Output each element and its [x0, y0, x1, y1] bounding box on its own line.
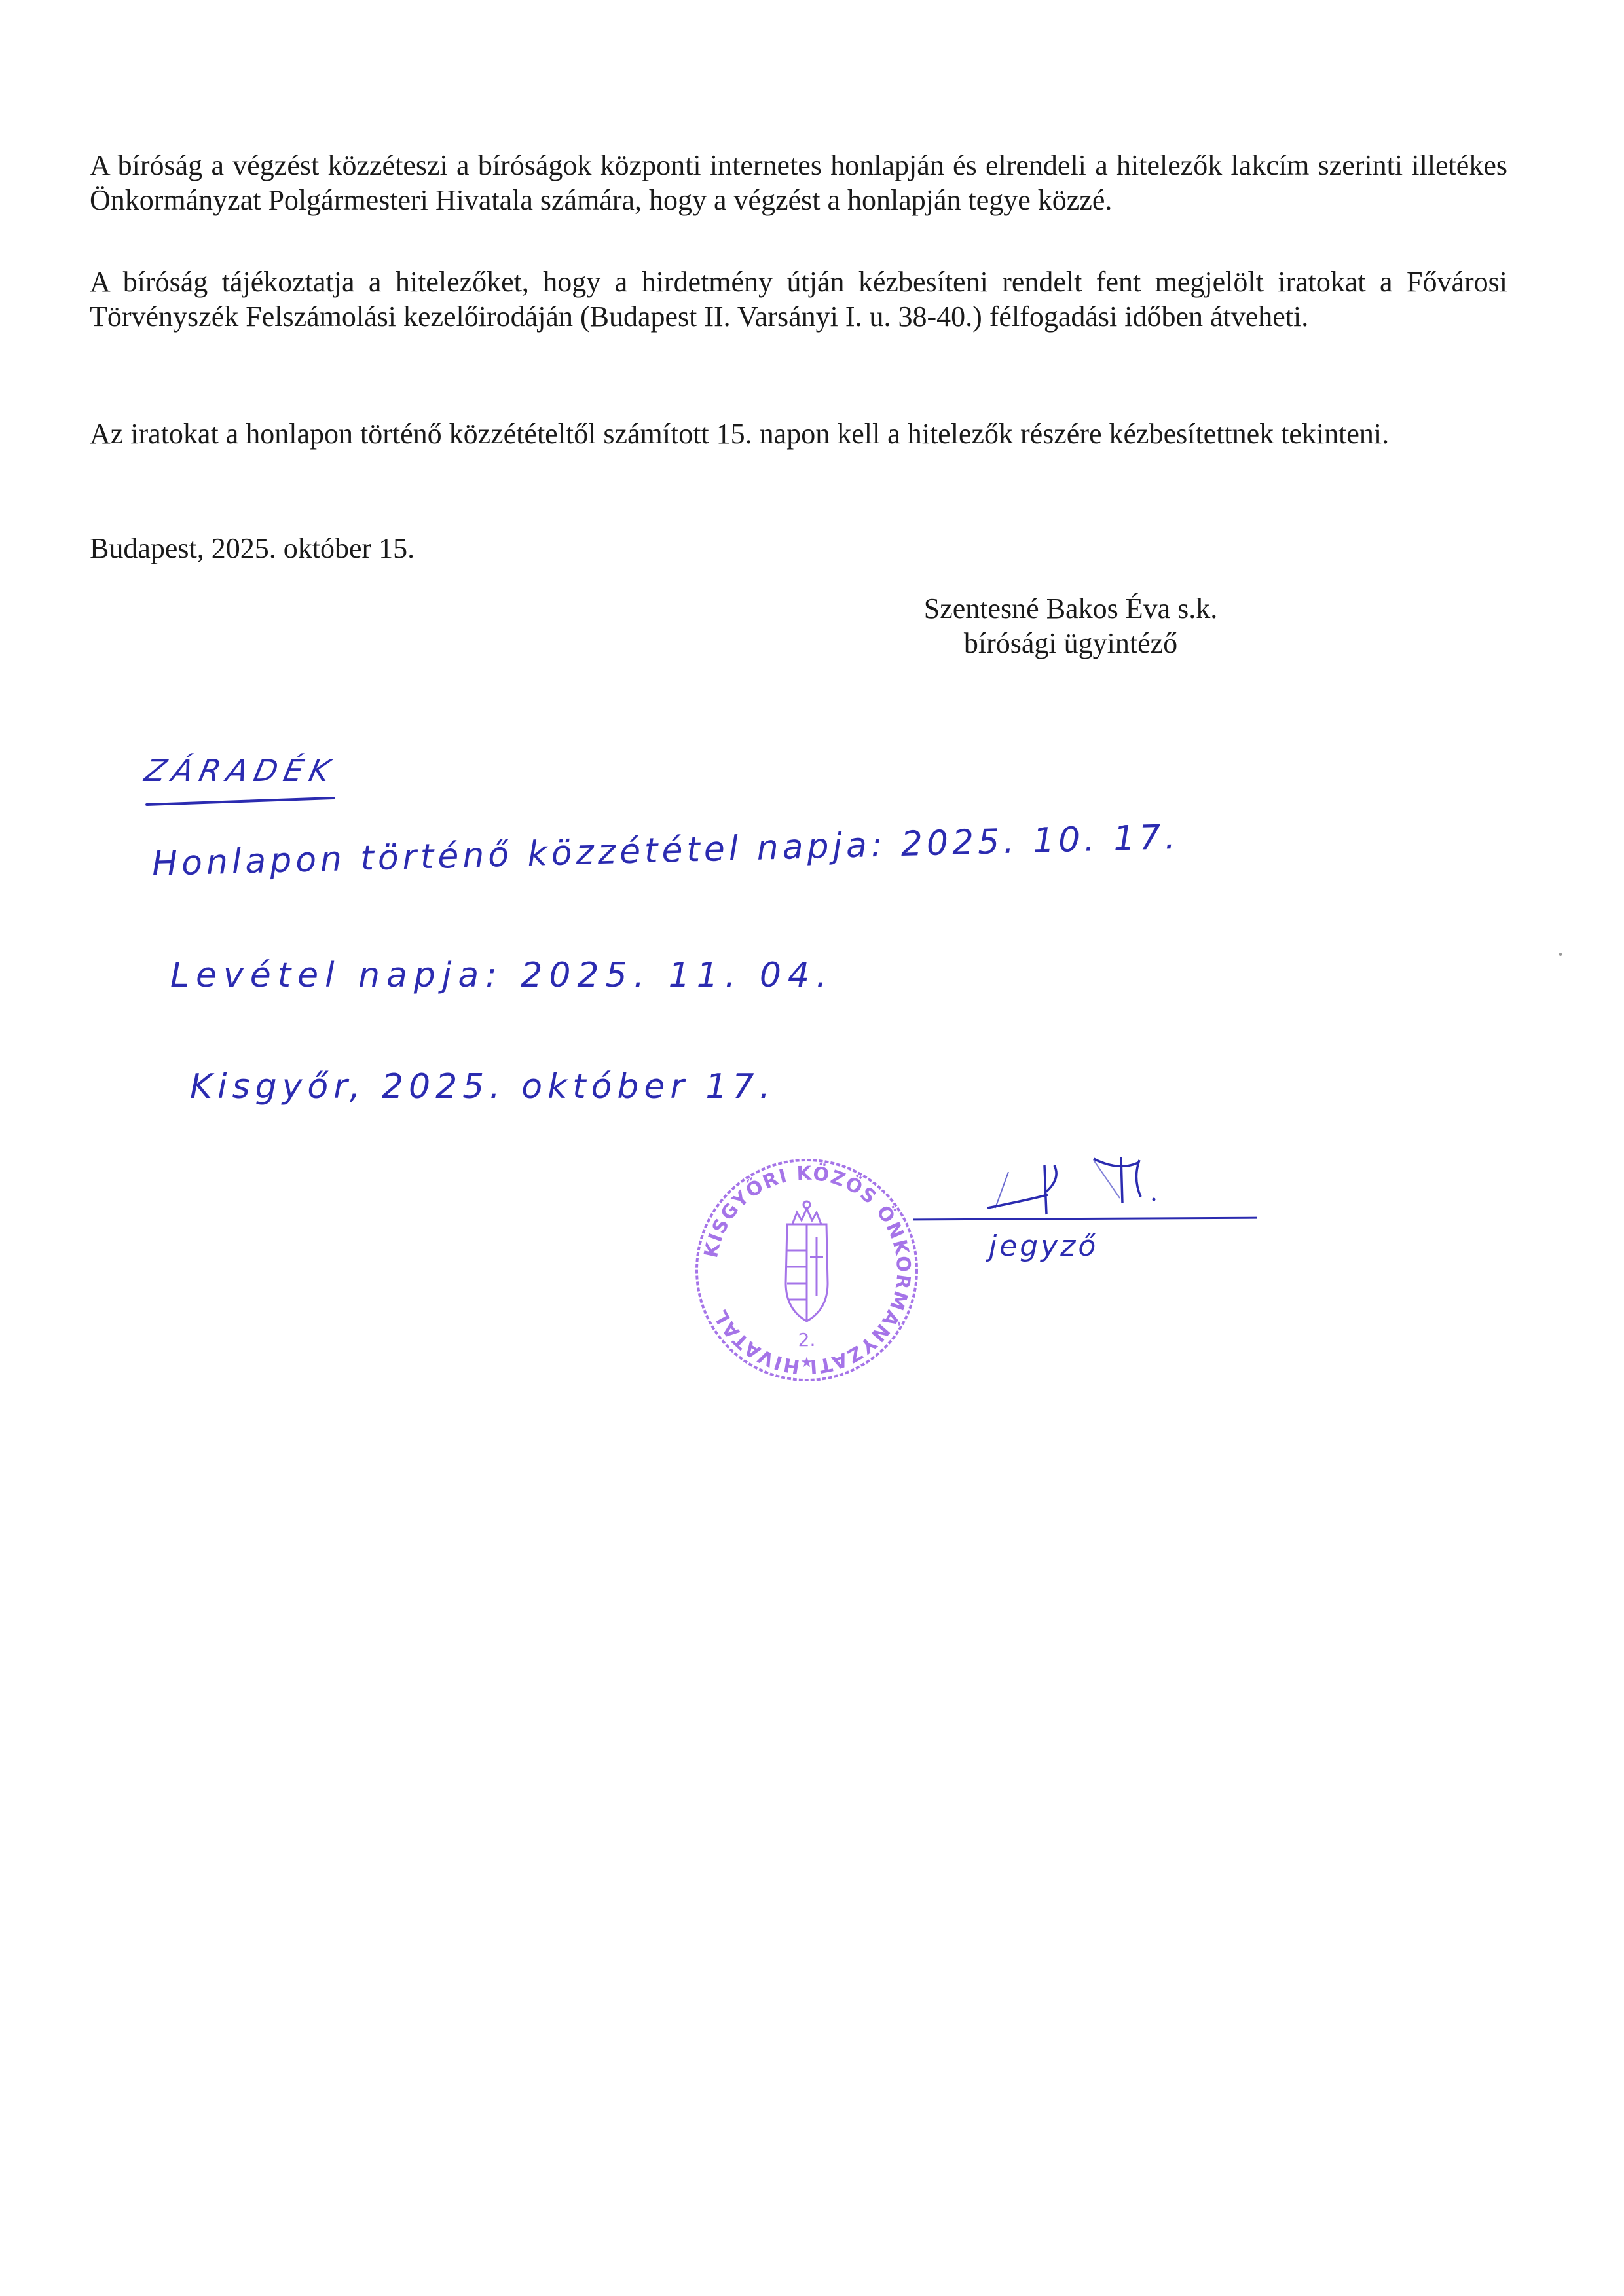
scan-speck [1559, 953, 1562, 956]
star-icon: ★ [800, 1355, 813, 1371]
heading-underline [145, 797, 335, 806]
stamp-number: 2. [798, 1329, 816, 1351]
official-title-jegyzo: jegyző [989, 1230, 1098, 1263]
handwritten-publication-date: Honlapon történő közzététel napja: 2025.… [151, 818, 1180, 884]
place-and-date: Budapest, 2025. október 15. [90, 531, 415, 566]
handwritten-heading: ZÁRADÉK [141, 753, 340, 788]
handwritten-removal-date: Levétel napja: 2025. 11. 04. [170, 956, 834, 995]
paragraph-delivery-deadline: Az iratokat a honlapon történő közzététe… [90, 416, 1507, 451]
paragraph-publication-order: A bíróság a végzést közzéteszi a bíróság… [90, 148, 1507, 217]
signature-line [913, 1217, 1257, 1221]
signatory-name: Szentesné Bakos Éva s.k. [874, 591, 1267, 626]
court-signatory-block: Szentesné Bakos Éva s.k. bírósági ügyint… [874, 591, 1267, 661]
paragraph-creditor-notice: A bíróság tájékoztatja a hitelezőket, ho… [90, 264, 1507, 334]
coat-of-arms-icon [786, 1201, 828, 1321]
signatory-title: bírósági ügyintéző [874, 626, 1267, 661]
handwritten-place-date: Kisgyőr, 2025. október 17. [190, 1067, 775, 1106]
handwritten-signature [969, 1152, 1231, 1218]
official-stamp: KISGYŐRI KÖZÖS ÖNKORMÁNYZATI HIVATAL 2. … [689, 1152, 925, 1388]
document-page: A bíróság a végzést közzéteszi a bíróság… [0, 0, 1624, 2296]
